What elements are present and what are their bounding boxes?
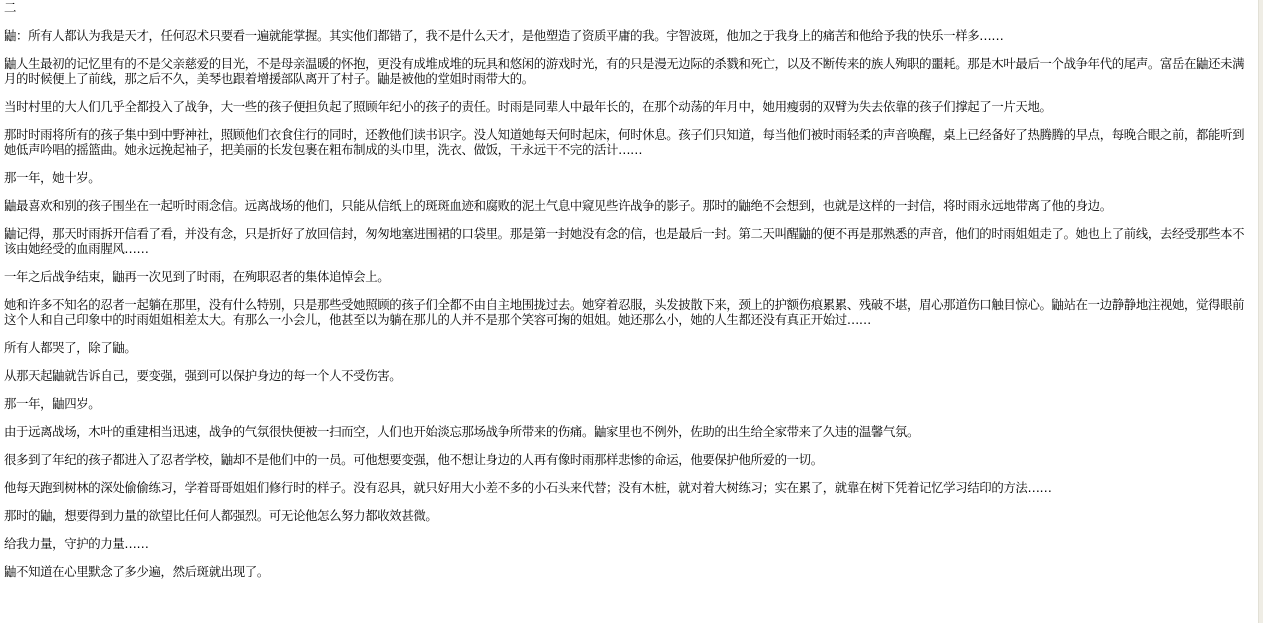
paragraph: 鼬最喜欢和别的孩子围坐在一起听时雨念信。远离战场的他们，只能从信纸上的斑斑血迹和… xyxy=(4,198,1248,213)
paragraph: 鼬记得，那天时雨拆开信看了看，并没有念，只是折好了放回信封，匆匆地塞进围裙的口袋… xyxy=(4,226,1248,256)
chapter-title: 二 xyxy=(4,0,1248,15)
article-body: 二 鼬：所有人都认为我是天才，任何忍术只要看一遍就能掌握。其实他们都错了，我不是… xyxy=(0,0,1248,579)
paragraph: 鼬不知道在心里默念了多少遍，然后斑就出现了。 xyxy=(4,564,1248,579)
paragraph: 那时时雨将所有的孩子集中到中野神社，照顾他们衣食住行的同时，还教他们读书识字。没… xyxy=(4,127,1248,157)
paragraph: 由于远离战场，木叶的重建相当迅速，战争的气氛很快便被一扫而空，人们也开始淡忘那场… xyxy=(4,424,1248,439)
paragraph: 很多到了年纪的孩子都进入了忍者学校，鼬却不是他们中的一员。可他想要变强，他不想让… xyxy=(4,452,1248,467)
paragraph: 当时村里的大人们几乎全都投入了战争，大一些的孩子便担负起了照顾年纪小的孩子的责任… xyxy=(4,99,1248,114)
paragraph: 给我力量，守护的力量…… xyxy=(4,536,1248,551)
paragraph: 那时的鼬，想要得到力量的欲望比任何人都强烈。可无论他怎么努力都收效甚微。 xyxy=(4,508,1248,523)
paragraph: 她和许多不知名的忍者一起躺在那里，没有什么特别，只是那些受她照顾的孩子们全都不由… xyxy=(4,297,1248,327)
paragraph: 那一年，鼬四岁。 xyxy=(4,396,1248,411)
paragraph: 一年之后战争结束，鼬再一次见到了时雨，在殉职忍者的集体追悼会上。 xyxy=(4,269,1248,284)
paragraph: 鼬：所有人都认为我是天才，任何忍术只要看一遍就能掌握。其实他们都错了，我不是什么… xyxy=(4,28,1248,43)
paragraph: 从那天起鼬就告诉自己，要变强，强到可以保护身边的每一个人不受伤害。 xyxy=(4,368,1248,383)
vertical-scrollbar-track[interactable] xyxy=(1258,0,1263,623)
paragraph: 鼬人生最初的记忆里有的不是父亲慈爱的目光，不是母亲温暖的怀抱，更没有成堆成堆的玩… xyxy=(4,56,1248,86)
paragraph: 所有人都哭了，除了鼬。 xyxy=(4,340,1248,355)
paragraph: 他每天跑到树林的深处偷偷练习，学着哥哥姐姐们修行时的样子。没有忍具，就只好用大小… xyxy=(4,480,1248,495)
document-page: 二 鼬：所有人都认为我是天才，任何忍术只要看一遍就能掌握。其实他们都错了，我不是… xyxy=(0,0,1259,623)
paragraph: 那一年，她十岁。 xyxy=(4,170,1248,185)
